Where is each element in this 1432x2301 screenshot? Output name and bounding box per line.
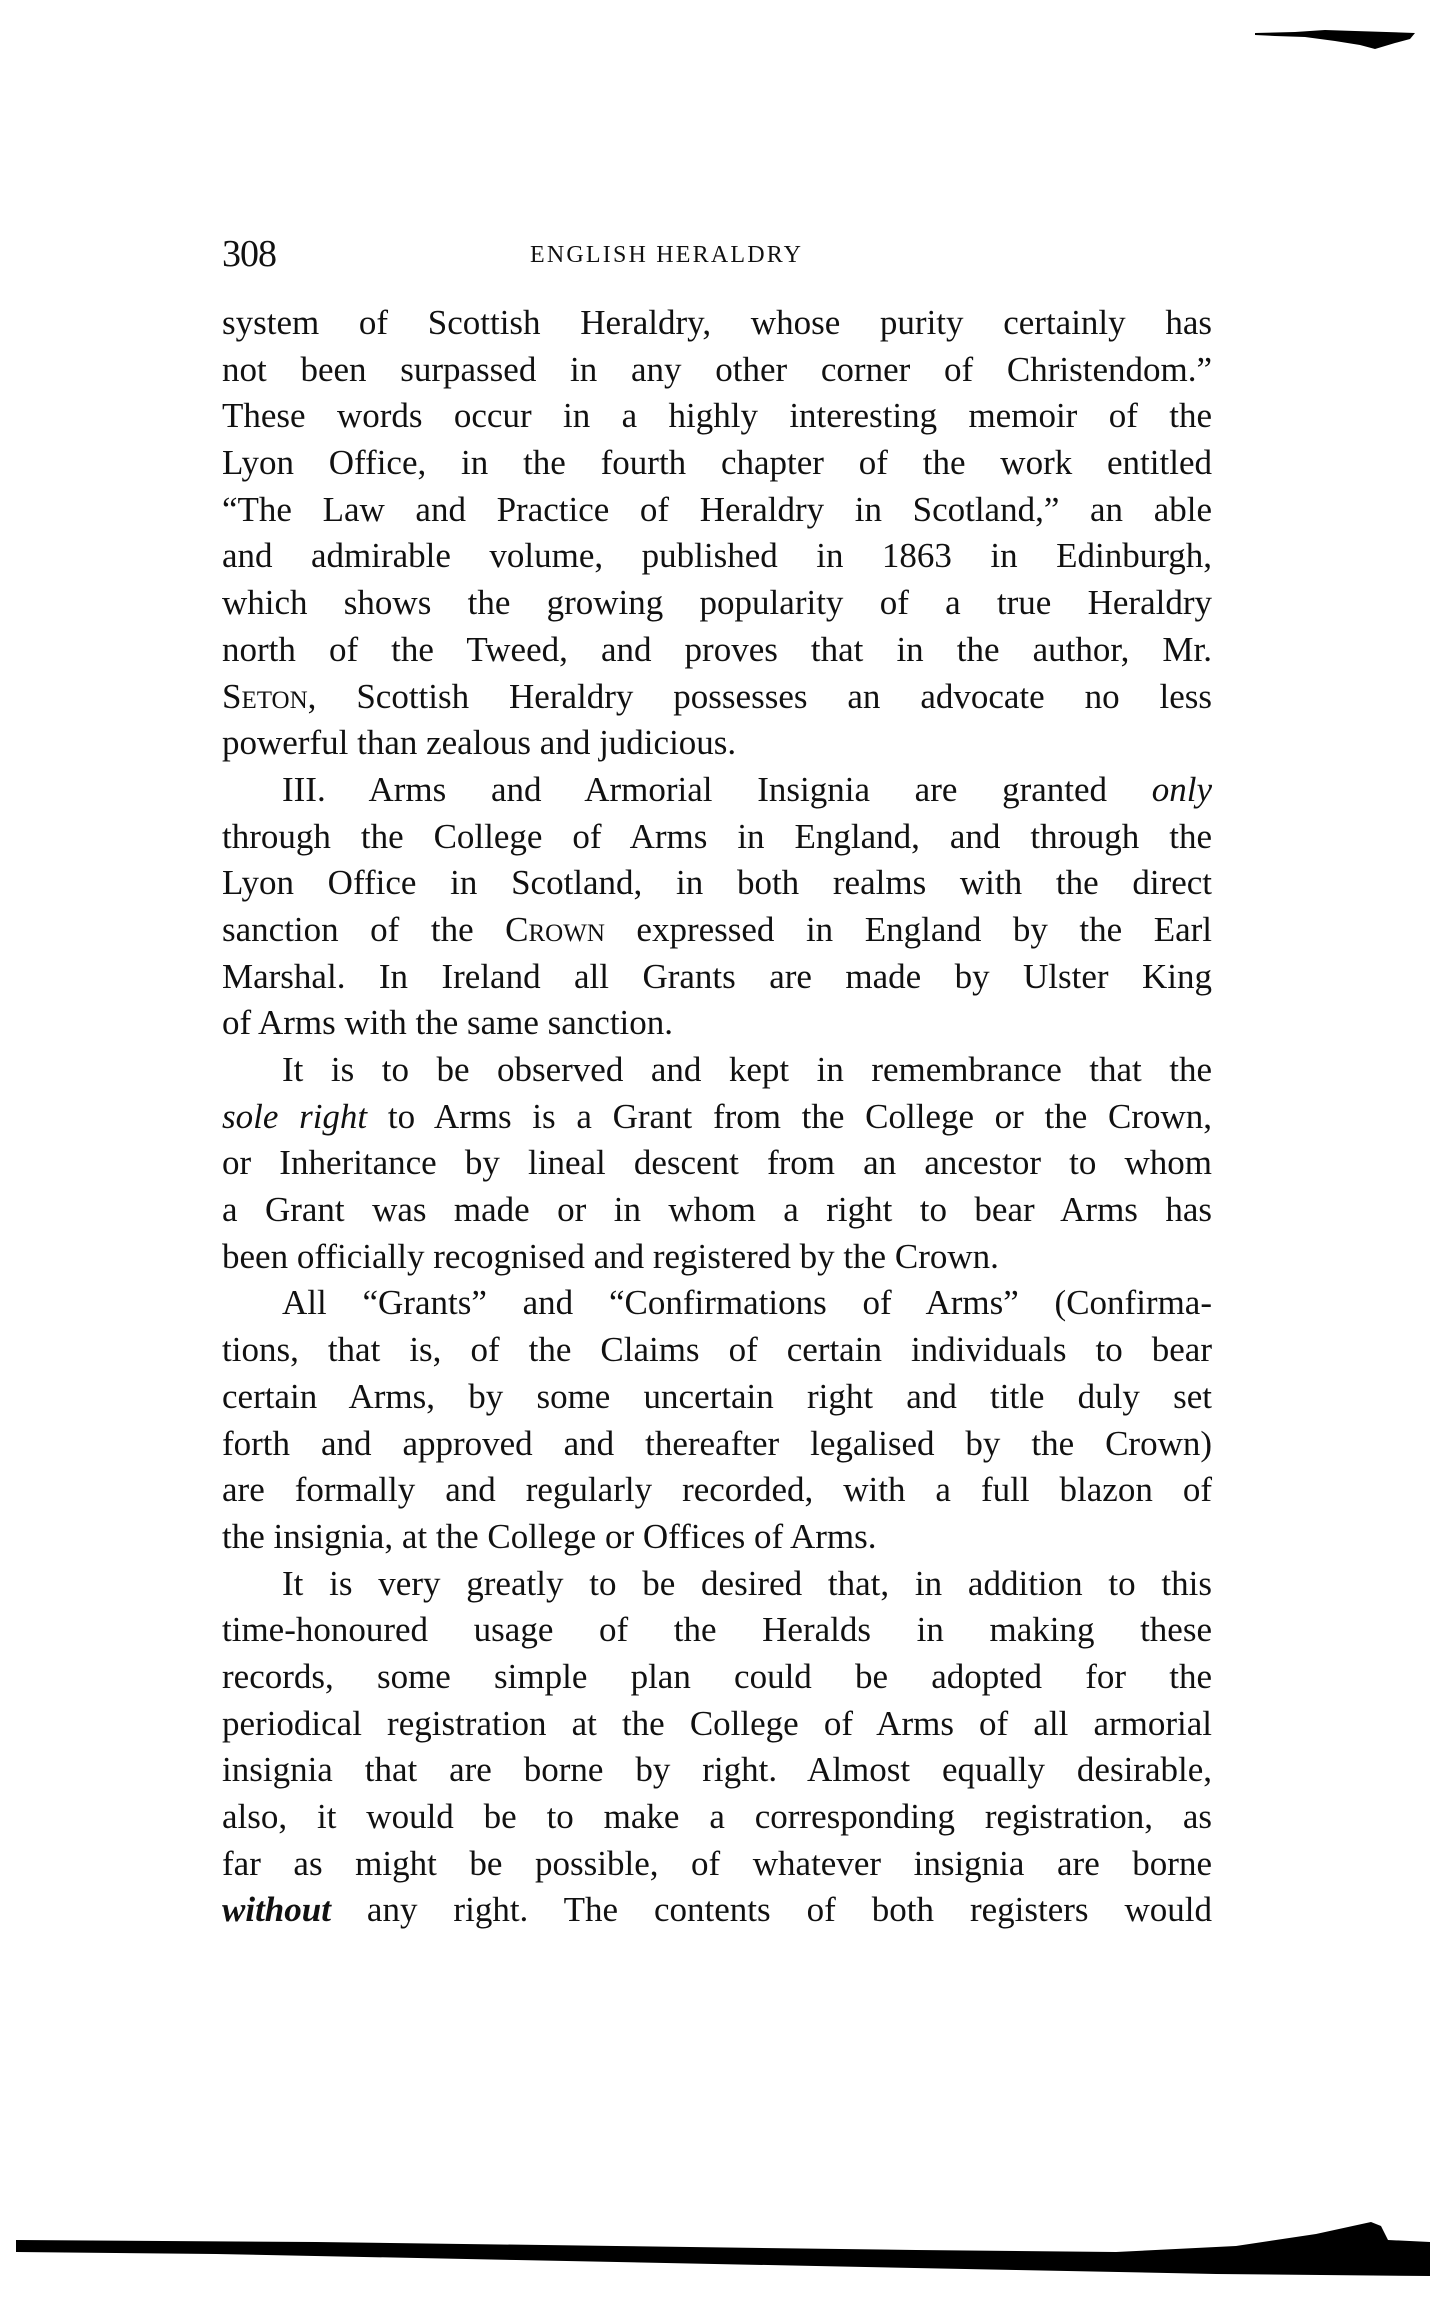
text-line: also, it would be to make a correspondin… [222,1794,1212,1841]
text-line: not been surpassed in any other corner o… [222,347,1212,394]
text-line: Marshal. In Ireland all Grants are made … [222,954,1212,1001]
text-run: III. Arms and Armorial Insignia are gran… [282,770,1152,809]
text-run: insignia that are borne by right. Almost… [222,1750,1212,1789]
text-line: periodical registration at the College o… [222,1701,1212,1748]
running-head: 308 ENGLISH HERALDRY [222,234,1212,274]
small-caps-name: Crown [505,910,605,949]
text-run: been officially recognised and registere… [222,1237,999,1276]
small-caps-name: Seton [222,677,308,716]
emphasis: without [222,1890,331,1929]
scan-edge-mark-icon [1255,27,1415,51]
text-run: periodical registration at the College o… [222,1704,1212,1743]
running-title: ENGLISH HERALDRY [530,240,803,270]
text-run: It is to be observed and kept in remembr… [282,1050,1212,1089]
text-run: “The Law and Practice of Heraldry in Sco… [222,490,1212,529]
text-line: certain Arms, by some uncertain right an… [222,1374,1212,1421]
text-run: and admirable volume, published in 1863 … [222,536,1212,575]
text-line: insignia that are borne by right. Almost… [222,1747,1212,1794]
text-line: far as might be possible, of whatever in… [222,1841,1212,1888]
emphasis: only [1152,770,1212,809]
paragraph: It is very greatly to be desired that, i… [222,1561,1212,1935]
text-line: and admirable volume, published in 1863 … [222,533,1212,580]
text-line: been officially recognised and registere… [222,1234,1212,1281]
emphasis: sole right [222,1097,367,1136]
paragraph: system of Scottish Heraldry, whose purit… [222,300,1212,767]
book-page: 308 ENGLISH HERALDRY system of Scottish … [0,0,1432,2301]
paragraph: It is to be observed and kept in remembr… [222,1047,1212,1280]
text-line: which shows the growing popularity of a … [222,580,1212,627]
text-line: “The Law and Practice of Heraldry in Sco… [222,487,1212,534]
text-run: certain Arms, by some uncertain right an… [222,1377,1212,1416]
text-run: Lyon Office, in the fourth chapter of th… [222,443,1212,482]
text-line: north of the Tweed, and proves that in t… [222,627,1212,674]
text-line: These words occur in a highly interestin… [222,393,1212,440]
text-run: All “Grants” and “Confirmations of Arms”… [282,1283,1212,1322]
text-run: or Inheritance by lineal descent from an… [222,1143,1212,1182]
text-line: It is very greatly to be desired that, i… [222,1561,1212,1608]
text-run: sanction of the [222,910,505,949]
scan-edge-rule-icon [16,2220,1430,2280]
text-run: also, it would be to make a correspondin… [222,1797,1212,1836]
text-line: of Arms with the same sanction. [222,1000,1212,1047]
text-line: forth and approved and thereafter legali… [222,1421,1212,1468]
text-run: expressed in England by the Earl [605,910,1212,949]
text-run: powerful than zealous and judicious. [222,723,736,762]
text-run: which shows the growing popularity of a … [222,583,1212,622]
text-run: , Scottish Heraldry possesses an advocat… [308,677,1212,716]
text-run: to Arms is a Grant from the College or t… [367,1097,1212,1136]
text-line: through the College of Arms in England, … [222,814,1212,861]
text-line: a Grant was made or in whom a right to b… [222,1187,1212,1234]
text-line: Lyon Office, in the fourth chapter of th… [222,440,1212,487]
text-line: III. Arms and Armorial Insignia are gran… [222,767,1212,814]
text-run: north of the Tweed, and proves that in t… [222,630,1212,669]
text-line: system of Scottish Heraldry, whose purit… [222,300,1212,347]
text-line: Lyon Office in Scotland, in both realms … [222,860,1212,907]
paragraph: III. Arms and Armorial Insignia are gran… [222,767,1212,1047]
text-line: It is to be observed and kept in remembr… [222,1047,1212,1094]
text-line: sanction of the Crown expressed in Engla… [222,907,1212,954]
text-run: forth and approved and thereafter legali… [222,1424,1212,1463]
text-run: system of Scottish Heraldry, whose purit… [222,303,1212,342]
text-line: Seton, Scottish Heraldry possesses an ad… [222,674,1212,721]
body-text: system of Scottish Heraldry, whose purit… [222,300,1212,1934]
text-run: records, some simple plan could be adopt… [222,1657,1212,1696]
text-line: the insignia, at the College or Offices … [222,1514,1212,1561]
text-run: of Arms with the same sanction. [222,1003,673,1042]
text-run: far as might be possible, of whatever in… [222,1844,1212,1883]
text-line: are formally and regularly recorded, wit… [222,1467,1212,1514]
text-run: time-honoured usage of the Heralds in ma… [222,1610,1212,1649]
text-line: or Inheritance by lineal descent from an… [222,1140,1212,1187]
text-run: These words occur in a highly interestin… [222,396,1212,435]
text-run: It is very greatly to be desired that, i… [282,1564,1212,1603]
paragraph: All “Grants” and “Confirmations of Arms”… [222,1280,1212,1560]
text-line: without any right. The contents of both … [222,1887,1212,1934]
text-run: any right. The contents of both register… [331,1890,1212,1929]
text-run: tions, that is, of the Claims of certain… [222,1330,1212,1369]
text-run: not been surpassed in any other corner o… [222,350,1212,389]
text-run: the insignia, at the College or Offices … [222,1517,877,1556]
text-run: Lyon Office in Scotland, in both realms … [222,863,1212,902]
text-line: powerful than zealous and judicious. [222,720,1212,767]
text-line: time-honoured usage of the Heralds in ma… [222,1607,1212,1654]
text-line: records, some simple plan could be adopt… [222,1654,1212,1701]
text-run: through the College of Arms in England, … [222,817,1212,856]
text-run: are formally and regularly recorded, wit… [222,1470,1212,1509]
text-run: a Grant was made or in whom a right to b… [222,1190,1212,1229]
text-line: tions, that is, of the Claims of certain… [222,1327,1212,1374]
text-run: Marshal. In Ireland all Grants are made … [222,957,1212,996]
text-line: sole right to Arms is a Grant from the C… [222,1094,1212,1141]
page-number: 308 [222,234,276,274]
text-line: All “Grants” and “Confirmations of Arms”… [222,1280,1212,1327]
